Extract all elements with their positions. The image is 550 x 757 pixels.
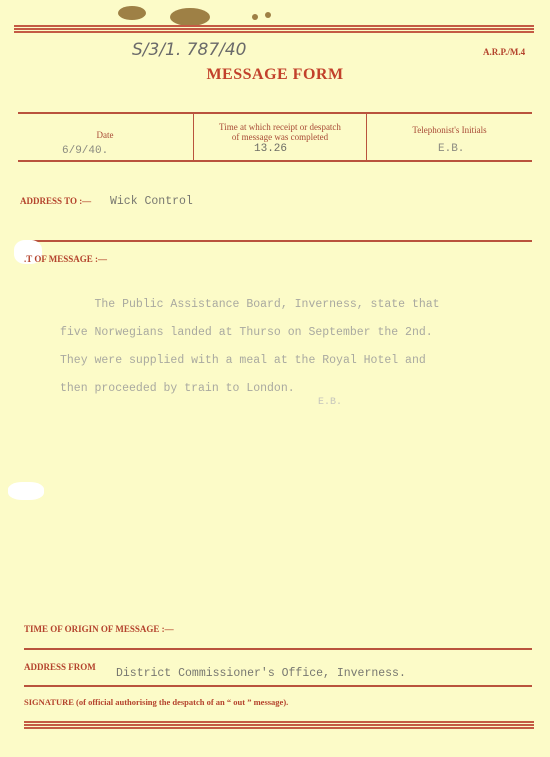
time-of-origin-rule [24,648,532,650]
bottom-triple-rule [24,721,534,730]
address-from-rule [24,685,532,687]
address-from-label: ADDRESS FROM [24,662,96,672]
form-code: A.R.P./M.4 [483,47,525,57]
signature-label: SIGNATURE (of official authorising the d… [24,697,288,707]
time-label-line1: Time at which receipt or despatch [194,122,366,132]
time-of-origin-label: TIME OF ORIGIN OF MESSAGE :— [24,624,174,634]
text-of-message-label: .T OF MESSAGE :— [24,254,107,264]
message-signoff: E.B. [318,397,342,408]
table-top-rule [18,112,532,114]
time-value: 13.26 [254,143,287,155]
ink-stain [170,8,210,26]
message-line: They were supplied with a meal at the Ro… [60,347,440,375]
ink-stain [118,6,146,20]
reference-number: S/3/1. 787/40 [132,40,247,60]
message-form-page: S/3/1. 787/40 A.R.P./M.4 MESSAGE FORM Da… [0,0,550,757]
ink-stain [252,14,258,20]
table-divider [366,112,367,162]
message-body: The Public Assistance Board, Inverness, … [60,291,440,403]
ink-stain [265,12,271,18]
date-value: 6/9/40. [62,145,108,157]
page-title: MESSAGE FORM [0,66,550,84]
message-line: then proceeded by train to London. [60,375,440,403]
paper-damage [8,482,44,500]
address-from-value: District Commissioner's Office, Invernes… [116,667,406,680]
address-to-rule [32,240,532,242]
telephonist-initials-label: Telephonist's Initials [367,125,532,135]
message-line: The Public Assistance Board, Inverness, … [60,291,440,319]
top-triple-rule [14,25,534,34]
time-label-line2: of message was completed [194,132,366,142]
table-bottom-rule [18,160,532,162]
address-to-value: Wick Control [110,195,193,208]
message-line: five Norwegians landed at Thurso on Sept… [60,319,440,347]
telephonist-initials-value: E.B. [438,143,464,155]
date-label: Date [20,130,190,140]
address-to-label: ADDRESS TO :— [20,196,91,206]
